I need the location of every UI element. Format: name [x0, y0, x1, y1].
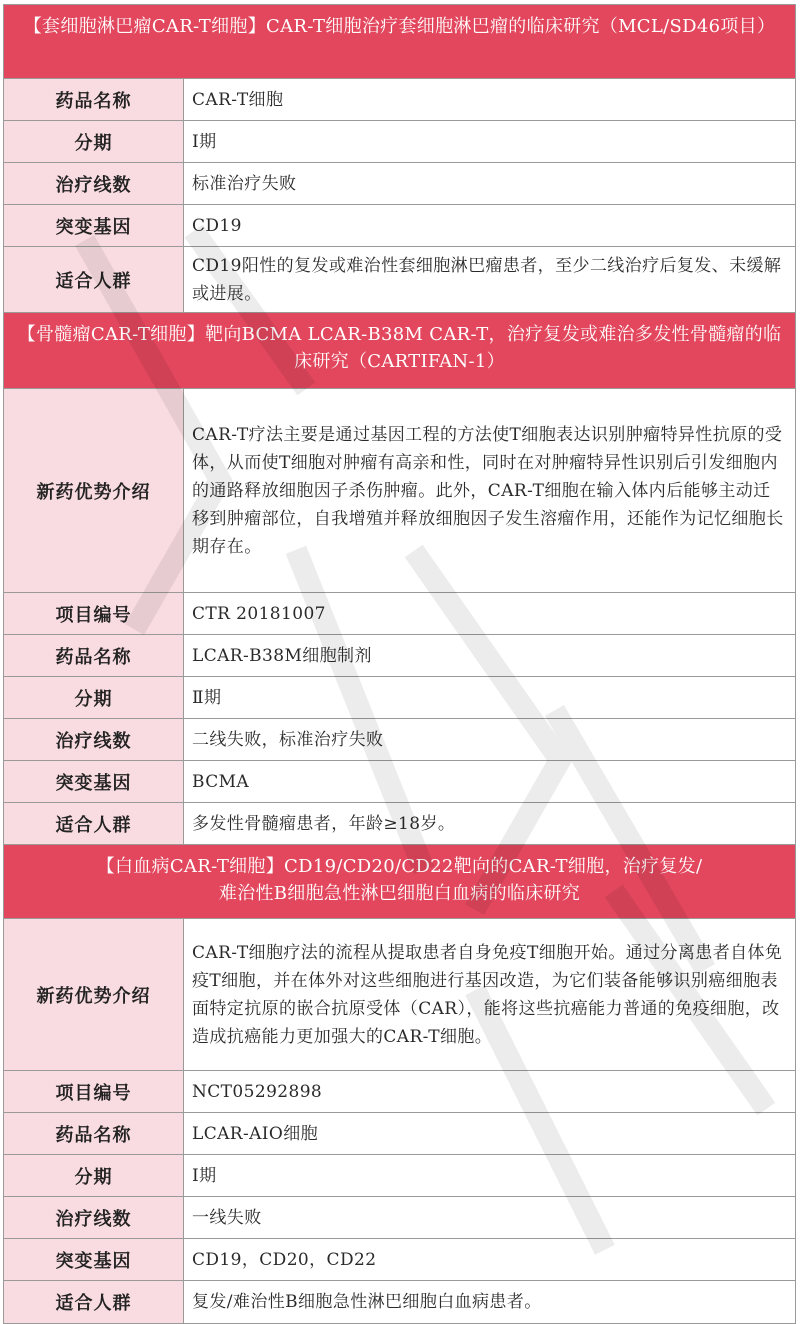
row-value: BCMA — [184, 761, 795, 802]
table-row: 药品名称 LCAR-B38M细胞制剂 — [4, 635, 795, 677]
table-row: 分期 Ⅱ期 — [4, 677, 795, 719]
row-value: CAR-T细胞疗法的流程从提取患者自身免疫T细胞开始。通过分离患者自体免疫T细胞… — [184, 919, 795, 1070]
table-row: 治疗线数 一线失败 — [4, 1197, 795, 1239]
row-value: 一线失败 — [184, 1197, 795, 1238]
row-label: 突变基因 — [4, 1239, 184, 1280]
table-row: 突变基因 CD19，CD20，CD22 — [4, 1239, 795, 1281]
row-value: CAR-T细胞 — [184, 79, 795, 120]
table-row: 新药优势介绍 CAR-T细胞疗法的流程从提取患者自身免疫T细胞开始。通过分离患者… — [4, 919, 795, 1071]
section-header-leukemia: 【白血病CAR-T细胞】CD19/CD20/CD22靶向的CAR-T细胞，治疗复… — [4, 845, 795, 919]
table-row: 分期 Ⅰ期 — [4, 121, 795, 163]
table-row: 突变基因 CD19 — [4, 205, 795, 247]
section-header-mcl: 【套细胞淋巴瘤CAR-T细胞】CAR-T细胞治疗套细胞淋巴瘤的临床研究（MCL/… — [4, 5, 795, 79]
section-title-line-1: 【白血病CAR-T细胞】CD19/CD20/CD22靶向的CAR-T细胞，治疗复… — [14, 853, 785, 880]
row-label: 新药优势介绍 — [4, 919, 184, 1070]
table-row: 治疗线数 标准治疗失败 — [4, 163, 795, 205]
row-label: 适合人群 — [4, 247, 184, 312]
row-label: 分期 — [4, 121, 184, 162]
row-label: 治疗线数 — [4, 163, 184, 204]
row-value: LCAR-B38M细胞制剂 — [184, 635, 795, 676]
row-label: 项目编号 — [4, 1071, 184, 1112]
row-label: 新药优势介绍 — [4, 389, 184, 592]
row-label: 治疗线数 — [4, 1197, 184, 1238]
row-label: 分期 — [4, 677, 184, 718]
row-value: CTR 20181007 — [184, 593, 795, 634]
row-value: LCAR-AIO细胞 — [184, 1113, 795, 1154]
table-row: 新药优势介绍 CAR-T疗法主要是通过基因工程的方法使T细胞表达识别肿瘤特异性抗… — [4, 389, 795, 593]
row-label: 药品名称 — [4, 79, 184, 120]
row-value: CD19阳性的复发或难治性套细胞淋巴瘤患者，至少二线治疗后复发、未缓解或进展。 — [184, 247, 795, 312]
row-value: 标准治疗失败 — [184, 163, 795, 204]
row-value: Ⅰ期 — [184, 121, 795, 162]
row-label: 突变基因 — [4, 761, 184, 802]
section-header-myeloma: 【骨髓瘤CAR-T细胞】靶向BCMA LCAR-B38M CAR-T，治疗复发或… — [4, 313, 795, 389]
row-label: 药品名称 — [4, 635, 184, 676]
table-row: 药品名称 CAR-T细胞 — [4, 79, 795, 121]
row-label: 适合人群 — [4, 1281, 184, 1323]
table-row: 治疗线数 二线失败，标准治疗失败 — [4, 719, 795, 761]
row-value: Ⅰ期 — [184, 1155, 795, 1196]
table-row: 项目编号 NCT05292898 — [4, 1071, 795, 1113]
row-label: 药品名称 — [4, 1113, 184, 1154]
table-row: 分期 Ⅰ期 — [4, 1155, 795, 1197]
clinical-trials-table: 【套细胞淋巴瘤CAR-T细胞】CAR-T细胞治疗套细胞淋巴瘤的临床研究（MCL/… — [3, 4, 796, 1324]
table-row: 突变基因 BCMA — [4, 761, 795, 803]
row-value: Ⅱ期 — [184, 677, 795, 718]
table-row: 适合人群 复发/难治性B细胞急性淋巴细胞白血病患者。 — [4, 1281, 795, 1323]
row-value: NCT05292898 — [184, 1071, 795, 1112]
row-value: CAR-T疗法主要是通过基因工程的方法使T细胞表达识别肿瘤特异性抗原的受体，从而… — [184, 389, 795, 592]
row-value: 多发性骨髓瘤患者，年龄≥18岁。 — [184, 803, 795, 844]
row-value: CD19，CD20，CD22 — [184, 1239, 795, 1280]
table-row: 药品名称 LCAR-AIO细胞 — [4, 1113, 795, 1155]
row-value: CD19 — [184, 205, 795, 246]
row-value: 复发/难治性B细胞急性淋巴细胞白血病患者。 — [184, 1281, 795, 1323]
row-label: 适合人群 — [4, 803, 184, 844]
row-label: 突变基因 — [4, 205, 184, 246]
table-row: 适合人群 多发性骨髓瘤患者，年龄≥18岁。 — [4, 803, 795, 845]
table-row: 适合人群 CD19阳性的复发或难治性套细胞淋巴瘤患者，至少二线治疗后复发、未缓解… — [4, 247, 795, 313]
row-value: 二线失败，标准治疗失败 — [184, 719, 795, 760]
row-label: 分期 — [4, 1155, 184, 1196]
row-label: 项目编号 — [4, 593, 184, 634]
row-label: 治疗线数 — [4, 719, 184, 760]
section-title-line-2: 难治性B细胞急性淋巴细胞白血病的临床研究 — [14, 880, 785, 907]
table-row: 项目编号 CTR 20181007 — [4, 593, 795, 635]
